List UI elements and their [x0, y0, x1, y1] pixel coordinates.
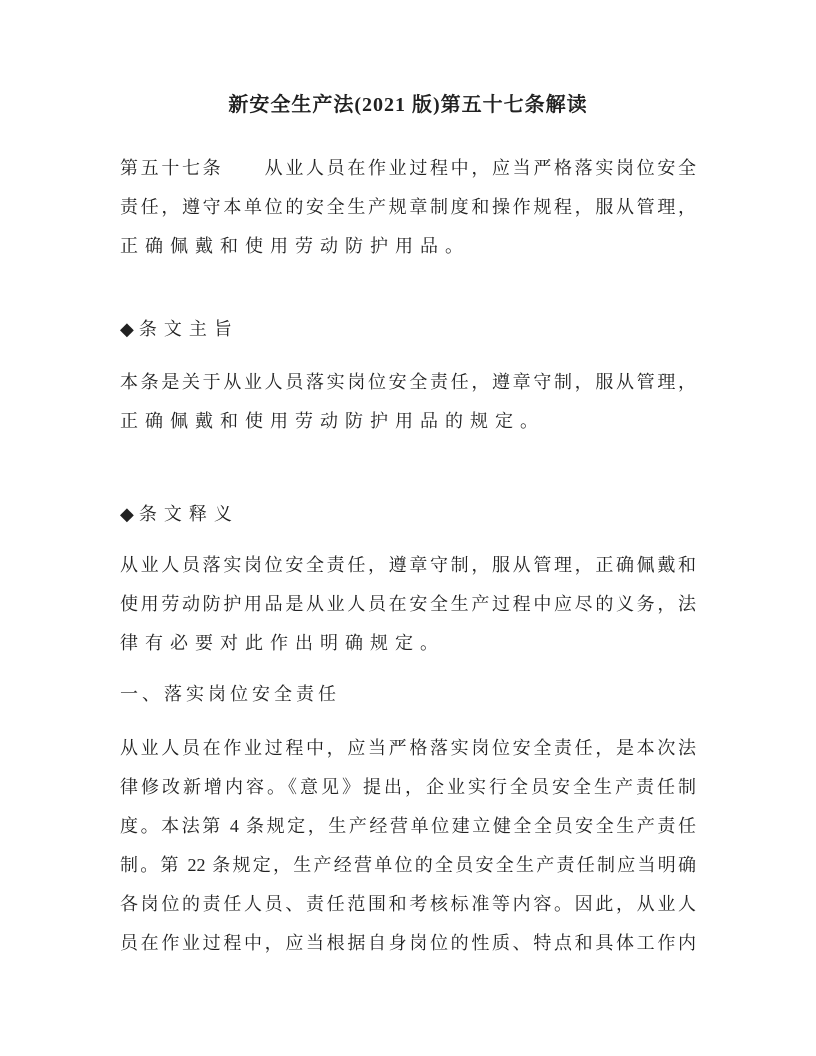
text-line: 度。本法第 4 条规定，生产经营单位建立健全全员安全生产责任 [120, 807, 696, 846]
text-line: 律有必要对此作出明确规定。 [120, 624, 696, 663]
article-paragraph: 第五十七条 从业人员在作业过程中，应当严格落实岗位安全 责任，遵守本单位的安全生… [120, 149, 696, 266]
section-heading-text: 条文主旨 [139, 319, 239, 339]
text-line: 正确佩戴和使用劳动防护用品的规定。 [120, 402, 696, 441]
point-one-paragraph: 从业人员在作业过程中，应当严格落实岗位安全责任，是本次法 律修改新增内容。《意见… [120, 729, 696, 963]
section-heading-gist: ◆条文主旨 [120, 310, 696, 349]
interpretation-paragraph: 从业人员落实岗位安全责任，遵章守制，服从管理，正确佩戴和 使用劳动防护用品是从业… [120, 546, 696, 663]
text-line: 各岗位的责任人员、责任范围和考核标准等内容。因此，从业人 [120, 885, 696, 924]
text-line: 责任，遵守本单位的安全生产规章制度和操作规程，服从管理， [120, 188, 696, 227]
diamond-bullet-icon: ◆ [120, 504, 139, 524]
text-line: 本条是关于从业人员落实岗位安全责任，遵章守制，服从管理， [120, 363, 696, 402]
diamond-bullet-icon: ◆ [120, 319, 139, 339]
subsection-heading-point-one: 一、落实岗位安全责任 [120, 675, 696, 714]
text-line: 制。第 22 条规定，生产经营单位的全员安全生产责任制应当明确 [120, 846, 696, 885]
section-heading-text: 条文释义 [139, 504, 239, 524]
text-line: 从业人员落实岗位安全责任，遵章守制，服从管理，正确佩戴和 [120, 546, 696, 585]
document-title: 新安全生产法(2021 版)第五十七条解读 [120, 86, 696, 125]
text-line: 正确佩戴和使用劳动防护用品。 [120, 227, 696, 266]
gist-paragraph: 本条是关于从业人员落实岗位安全责任，遵章守制，服从管理， 正确佩戴和使用劳动防护… [120, 363, 696, 441]
text-line: 使用劳动防护用品是从业人员在安全生产过程中应尽的义务，法 [120, 585, 696, 624]
section-heading-interpretation: ◆条文释义 [120, 495, 696, 534]
text-line: 律修改新增内容。《意见》提出，企业实行全员安全生产责任制 [120, 768, 696, 807]
text-line: 第五十七条 从业人员在作业过程中，应当严格落实岗位安全 [120, 149, 696, 188]
document-page: 新安全生产法(2021 版)第五十七条解读 第五十七条 从业人员在作业过程中，应… [0, 0, 816, 1056]
text-line: 从业人员在作业过程中，应当严格落实岗位安全责任，是本次法 [120, 729, 696, 768]
text-line: 员在作业过程中，应当根据自身岗位的性质、特点和具体工作内 [120, 924, 696, 963]
